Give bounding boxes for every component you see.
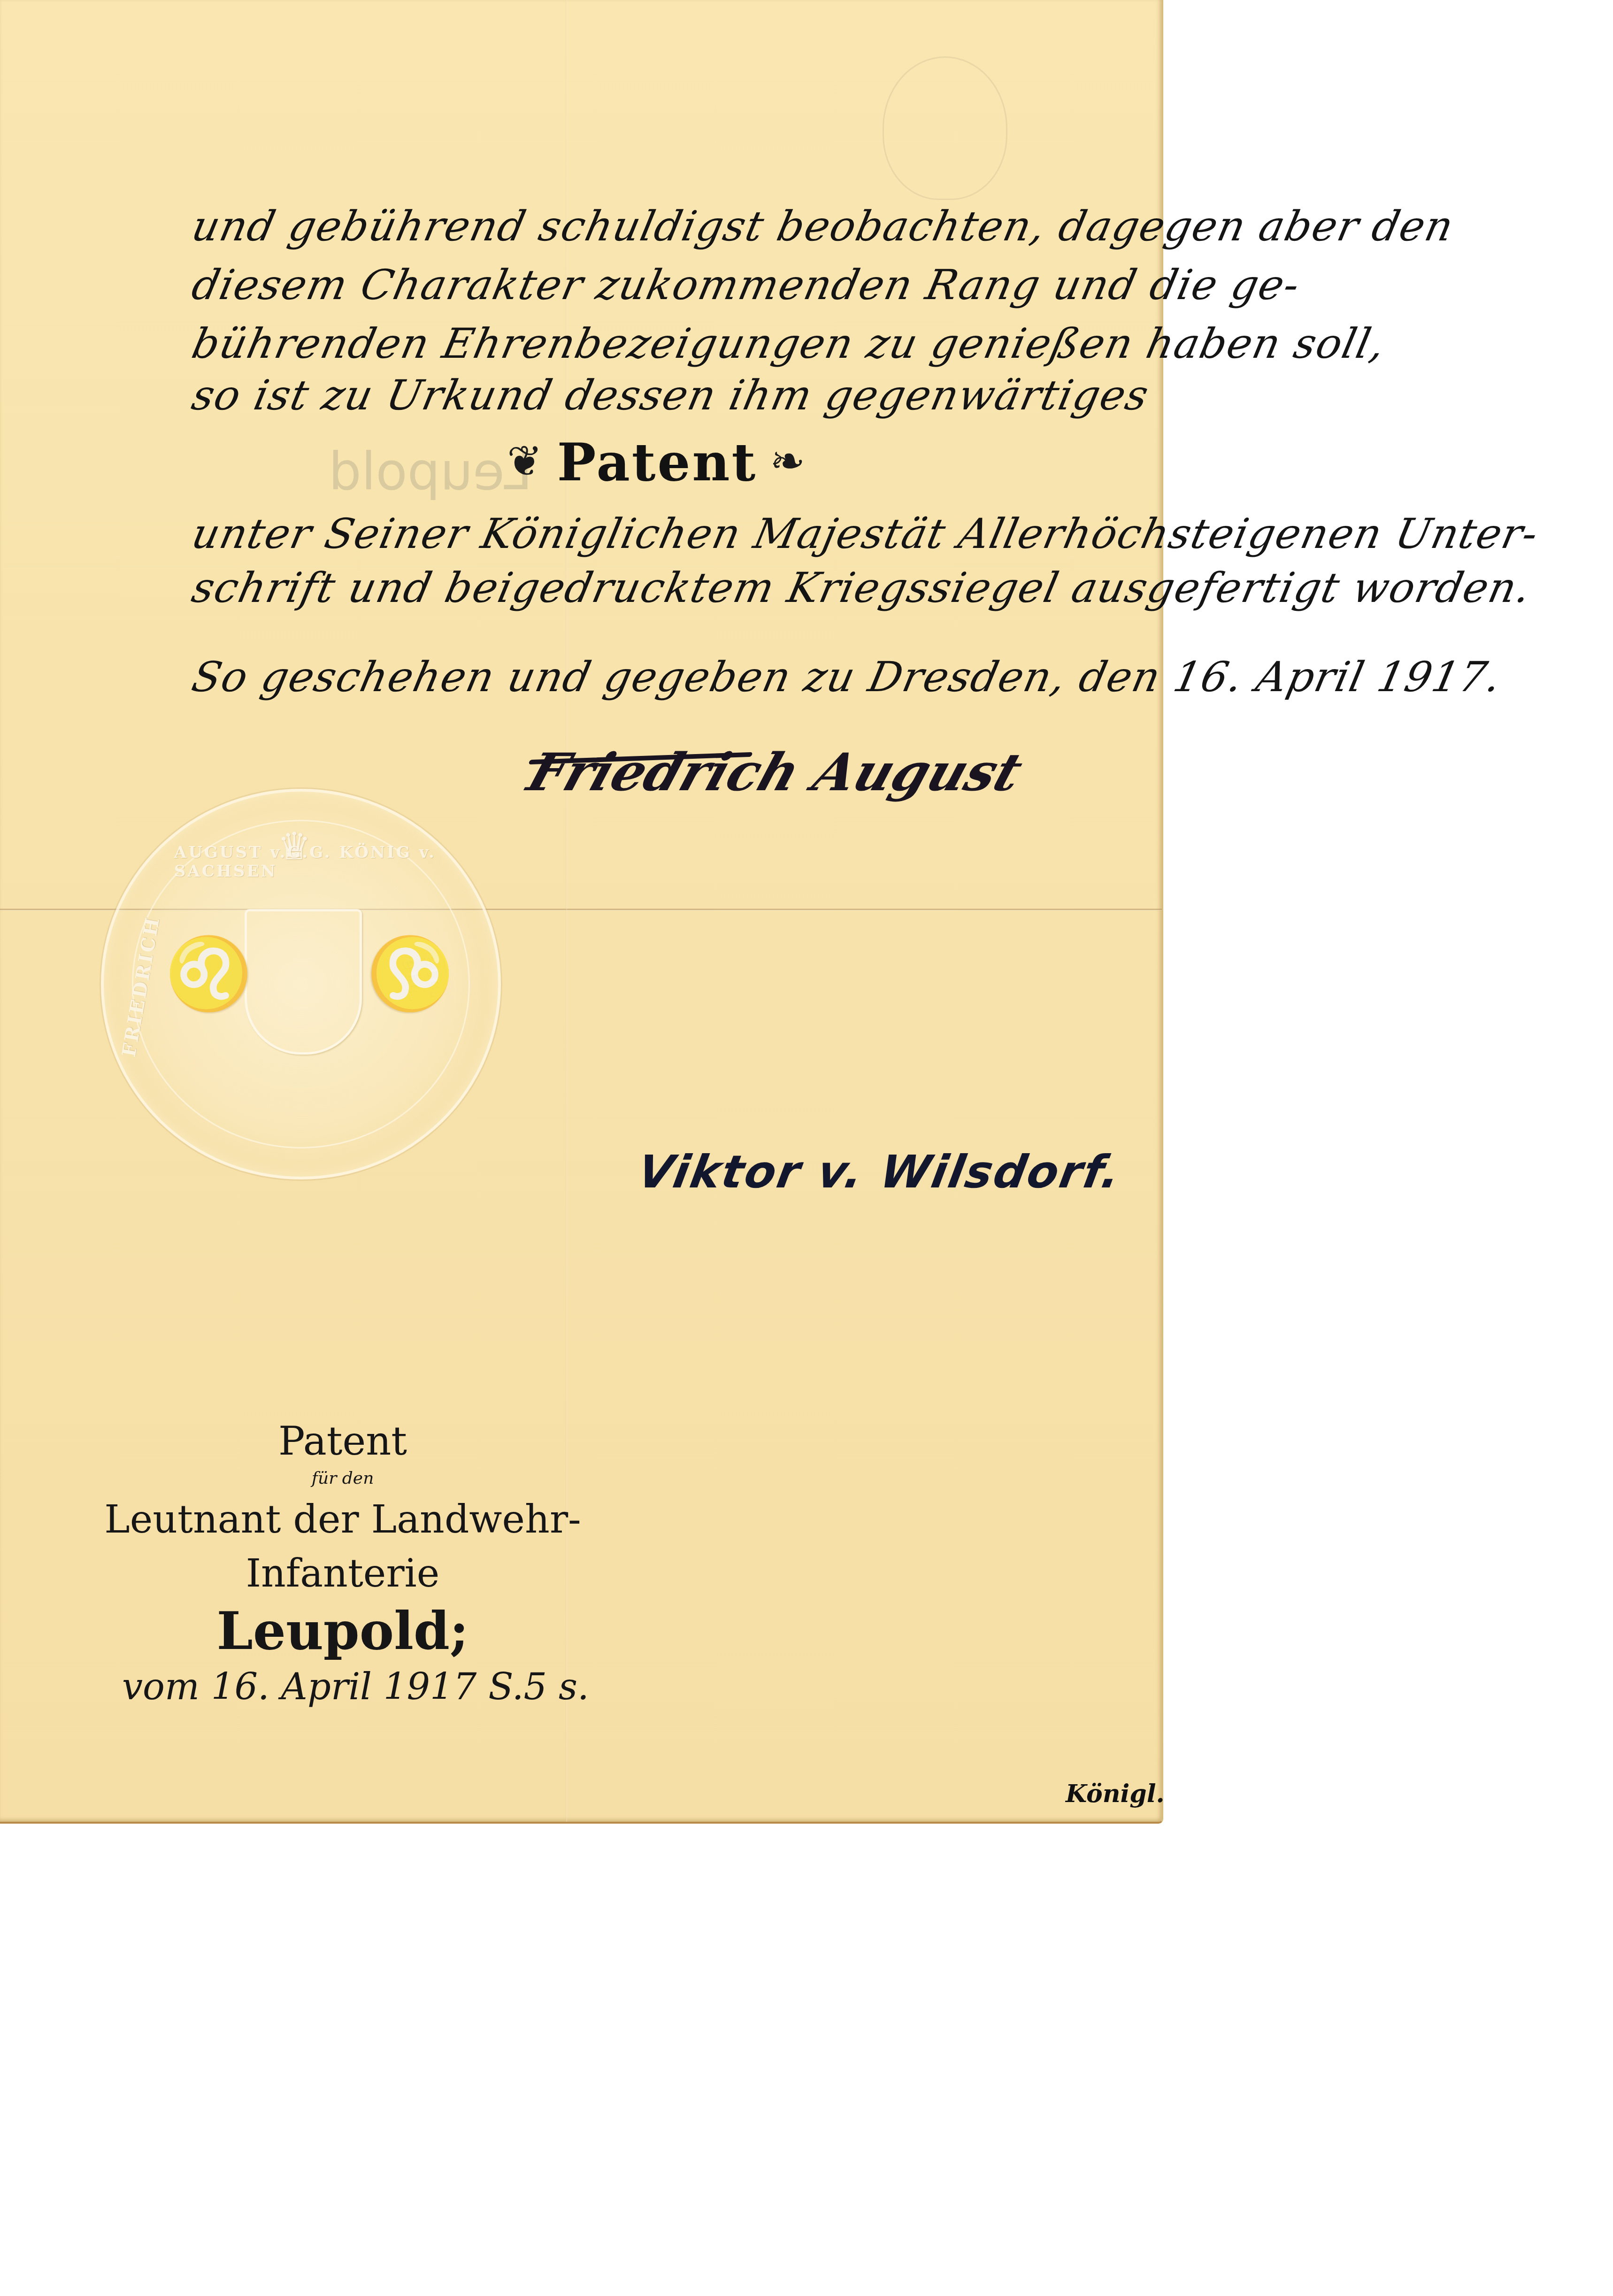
body-line-6: schrift und beigedrucktem Kriegssiegel a… bbox=[188, 563, 1536, 612]
body-line-3: bührenden Ehrenbezeigungen zu genießen h… bbox=[188, 319, 1390, 368]
clerk-initials: Königl. bbox=[1066, 1780, 1165, 1808]
ghost-seal-bleedthrough bbox=[883, 56, 1007, 200]
body-line-2: diesem Charakter zukommenden Rang und di… bbox=[188, 261, 1305, 309]
patent-heading: Patent bbox=[535, 432, 779, 493]
embossed-royal-seal: ♛ FRIEDRICH AUGUST v.G.G. KÖNIG v. SACHS… bbox=[101, 789, 501, 1179]
document-page: und gebührend schuldigst beobachten, dag… bbox=[0, 0, 1163, 1824]
ghost-stamp-mirror: Leupold bbox=[329, 441, 532, 501]
flourish-right-icon: ❧ bbox=[770, 437, 805, 486]
docket-title: Patent bbox=[94, 1418, 591, 1464]
seal-text-top: AUGUST v.G.G. KÖNIG v. SACHSEN bbox=[174, 843, 498, 881]
docket-block: Patent für den Leutnant der Landwehr- In… bbox=[94, 1418, 591, 1708]
lion-supporter-right-icon: ♌ bbox=[367, 932, 454, 1015]
body-line-4: so ist zu Urkund dessen ihm gegenwärtige… bbox=[188, 371, 1153, 419]
docket-for-the: für den bbox=[94, 1469, 591, 1488]
body-line-1: und gebührend schuldigst beobachten, dag… bbox=[188, 202, 1459, 250]
body-line-5: unter Seiner Königlichen Majestät Allerh… bbox=[188, 509, 1543, 558]
docket-branch: Infanterie bbox=[94, 1551, 591, 1596]
king-signature: Friedrich August bbox=[521, 742, 1030, 802]
minister-signature: Viktor v. Wilsdorf. bbox=[634, 1146, 1125, 1198]
docket-rank: Leutnant der Landwehr- bbox=[94, 1497, 591, 1542]
docket-date: vom 16. April 1917 S.5 s. bbox=[94, 1666, 591, 1708]
closing-line: So geschehen und gegeben zu Dresden, den… bbox=[188, 653, 1506, 701]
lion-supporter-left-icon: ♌ bbox=[165, 932, 253, 1015]
docket-name: Leupold; bbox=[94, 1601, 591, 1661]
coat-of-arms-shield-icon bbox=[245, 909, 362, 1055]
